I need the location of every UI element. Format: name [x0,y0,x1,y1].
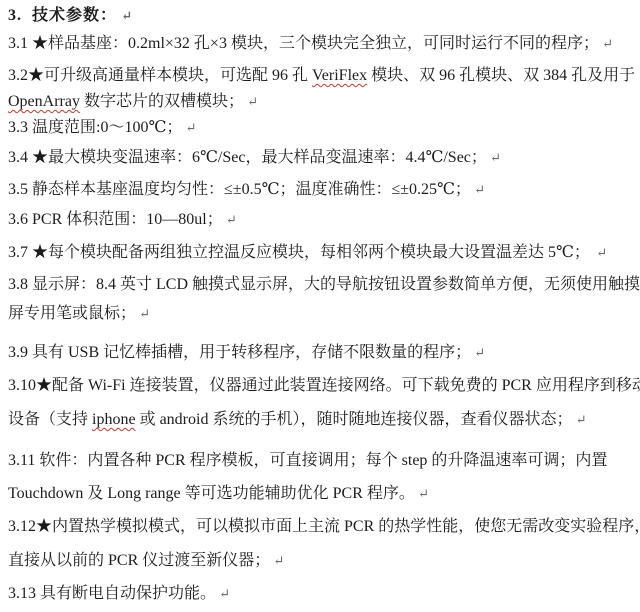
spellcheck-word: VeriFlex [312,67,367,84]
text-line: 3.6 PCR 体积范围：10—80ul； ↵ [8,209,638,242]
paragraph-mark-icon: ↵ [471,345,485,360]
paragraph-mark-icon: ↵ [244,94,258,109]
text-segment: 3.9 具有 USB 记忆棒插槽，用于转移程序，存储不限数量的程序； [8,344,471,361]
text-segment: 3.11 软件：内置各种 PCR 程序模板，可直接调用；每个 step 的升降温… [8,452,607,469]
text-line: 3.2★可升级高通量样本模块，可选配 96 孔 VeriFlex 模块、双 96… [8,65,638,91]
text-line: 3.5 静态样本基座温度均匀性：≤±0.5℃；温度准确性：≤±0.25℃； ↵ [8,179,638,209]
spellcheck-word: iphone [92,411,136,428]
text-segment: 3.1 ★样品基座：0.2ml×32 孔×3 模块，三个模块完全独立，可同时运行… [8,35,599,52]
text-segment: 3.7 ★每个模块配备两组独立控温反应模块，每相邻两个模块最大设置温差达 5℃； [8,244,590,261]
text-line: 3.7 ★每个模块配备两组独立控温反应模块，每相邻两个模块最大设置温差达 5℃；… [8,242,638,274]
paragraph-mark-icon: ↵ [117,8,133,23]
text-segment: 3.13 具有断电自动保护功能。 [8,585,216,602]
paragraph-mark-icon: ↵ [415,486,429,501]
text-line: OpenArray 数字芯片的双槽模块； ↵ [8,91,638,117]
paragraph-mark-icon: ↵ [223,212,237,227]
paragraph-mark-icon: ↵ [471,182,485,197]
text-line: 3.9 具有 USB 记忆棒插槽，用于转移程序，存储不限数量的程序； ↵ [8,342,638,375]
text-segment: 模块、双 96 孔模块、双 384 孔及用于 [367,67,635,84]
paragraph-mark-icon: ↵ [136,306,150,321]
text-segment: 3.12★内置热学模拟模式，可以模拟市面上主流 PCR 的热学性能，使您无需改变… [8,518,640,535]
text-line: 3.3 温度范围:0～100℃； ↵ [8,117,638,147]
text-segment: Touchdown 及 Long range 等可选功能辅助优化 PCR 程序。 [8,485,415,502]
text-segment: 数字芯片的双槽模块； [80,93,244,110]
text-line: 直接从以前的 PCR 仪过渡至新仪器； ↵ [8,550,638,583]
document-page: 3. 技术参数： ↵3.1 ★样品基座：0.2ml×32 孔×3 模块，三个模块… [0,0,640,612]
paragraph-mark-icon: ↵ [487,150,501,165]
text-segment: 3.4 ★最大模块变温速率：6℃/Sec，最大样品变温速率：4.4℃/Sec； [8,149,487,166]
spellcheck-word: OpenArray [8,93,80,110]
text-line: 设备（支持 iphone 或 android 系统的手机），随时随地连接仪器，查… [8,409,638,450]
text-segment: 3.8 显示屏：8.4 英寸 LCD 触摸式显示屏，大的导航按钮设置参数简单方便… [8,276,640,293]
text-line: 3.10★配备 Wi-Fi 连接装置，仪器通过此装置连接网络。可下载免费的 PC… [8,375,638,409]
paragraph-mark-icon: ↵ [599,36,613,51]
text-segment: 3.10★配备 Wi-Fi 连接装置，仪器通过此装置连接网络。可下载免费的 PC… [8,377,640,394]
paragraph-mark-icon: ↵ [572,412,586,427]
paragraph-mark-icon: ↵ [590,245,607,260]
text-line: 3.13 具有断电自动保护功能。 ↵ [8,583,638,607]
document-body: 3. 技术参数： ↵3.1 ★样品基座：0.2ml×32 孔×3 模块，三个模块… [8,5,638,607]
text-line: 3.11 软件：内置各种 PCR 程序模板，可直接调用；每个 step 的升降温… [8,450,638,483]
text-segment: 直接从以前的 PCR 仪过渡至新仪器； [8,552,270,569]
text-segment: 3.3 温度范围:0～100℃； [8,119,182,136]
text-line: 3.4 ★最大模块变温速率：6℃/Sec，最大样品变温速率：4.4℃/Sec； … [8,147,638,179]
text-line: 3.8 显示屏：8.4 英寸 LCD 触摸式显示屏，大的导航按钮设置参数简单方便… [8,274,638,303]
text-line: 3.12★内置热学模拟模式，可以模拟市面上主流 PCR 的热学性能，使您无需改变… [8,516,638,550]
text-segment: 或 android 系统的手机），随时随地连接仪器，查看仪器状态； [136,411,573,428]
text-segment: 3. 技术参数： [8,7,117,24]
paragraph-mark-icon: ↵ [216,586,230,601]
text-line: 3.1 ★样品基座：0.2ml×32 孔×3 模块，三个模块完全独立，可同时运行… [8,33,638,65]
text-segment: 3.2★可升级高通量样本模块，可选配 96 孔 [8,67,312,84]
paragraph-mark-icon: ↵ [182,120,196,135]
section-heading: 3. 技术参数： ↵ [8,5,638,33]
text-segment: 3.5 静态样本基座温度均匀性：≤±0.5℃；温度准确性：≤±0.25℃； [8,181,471,198]
text-line: Touchdown 及 Long range 等可选功能辅助优化 PCR 程序。… [8,483,638,516]
text-line: 屏专用笔或鼠标； ↵ [8,303,638,342]
paragraph-mark-icon: ↵ [270,553,284,568]
text-segment: 设备（支持 [8,411,92,428]
text-segment: 3.6 PCR 体积范围：10—80ul； [8,211,223,228]
text-segment: 屏专用笔或鼠标； [8,305,136,322]
